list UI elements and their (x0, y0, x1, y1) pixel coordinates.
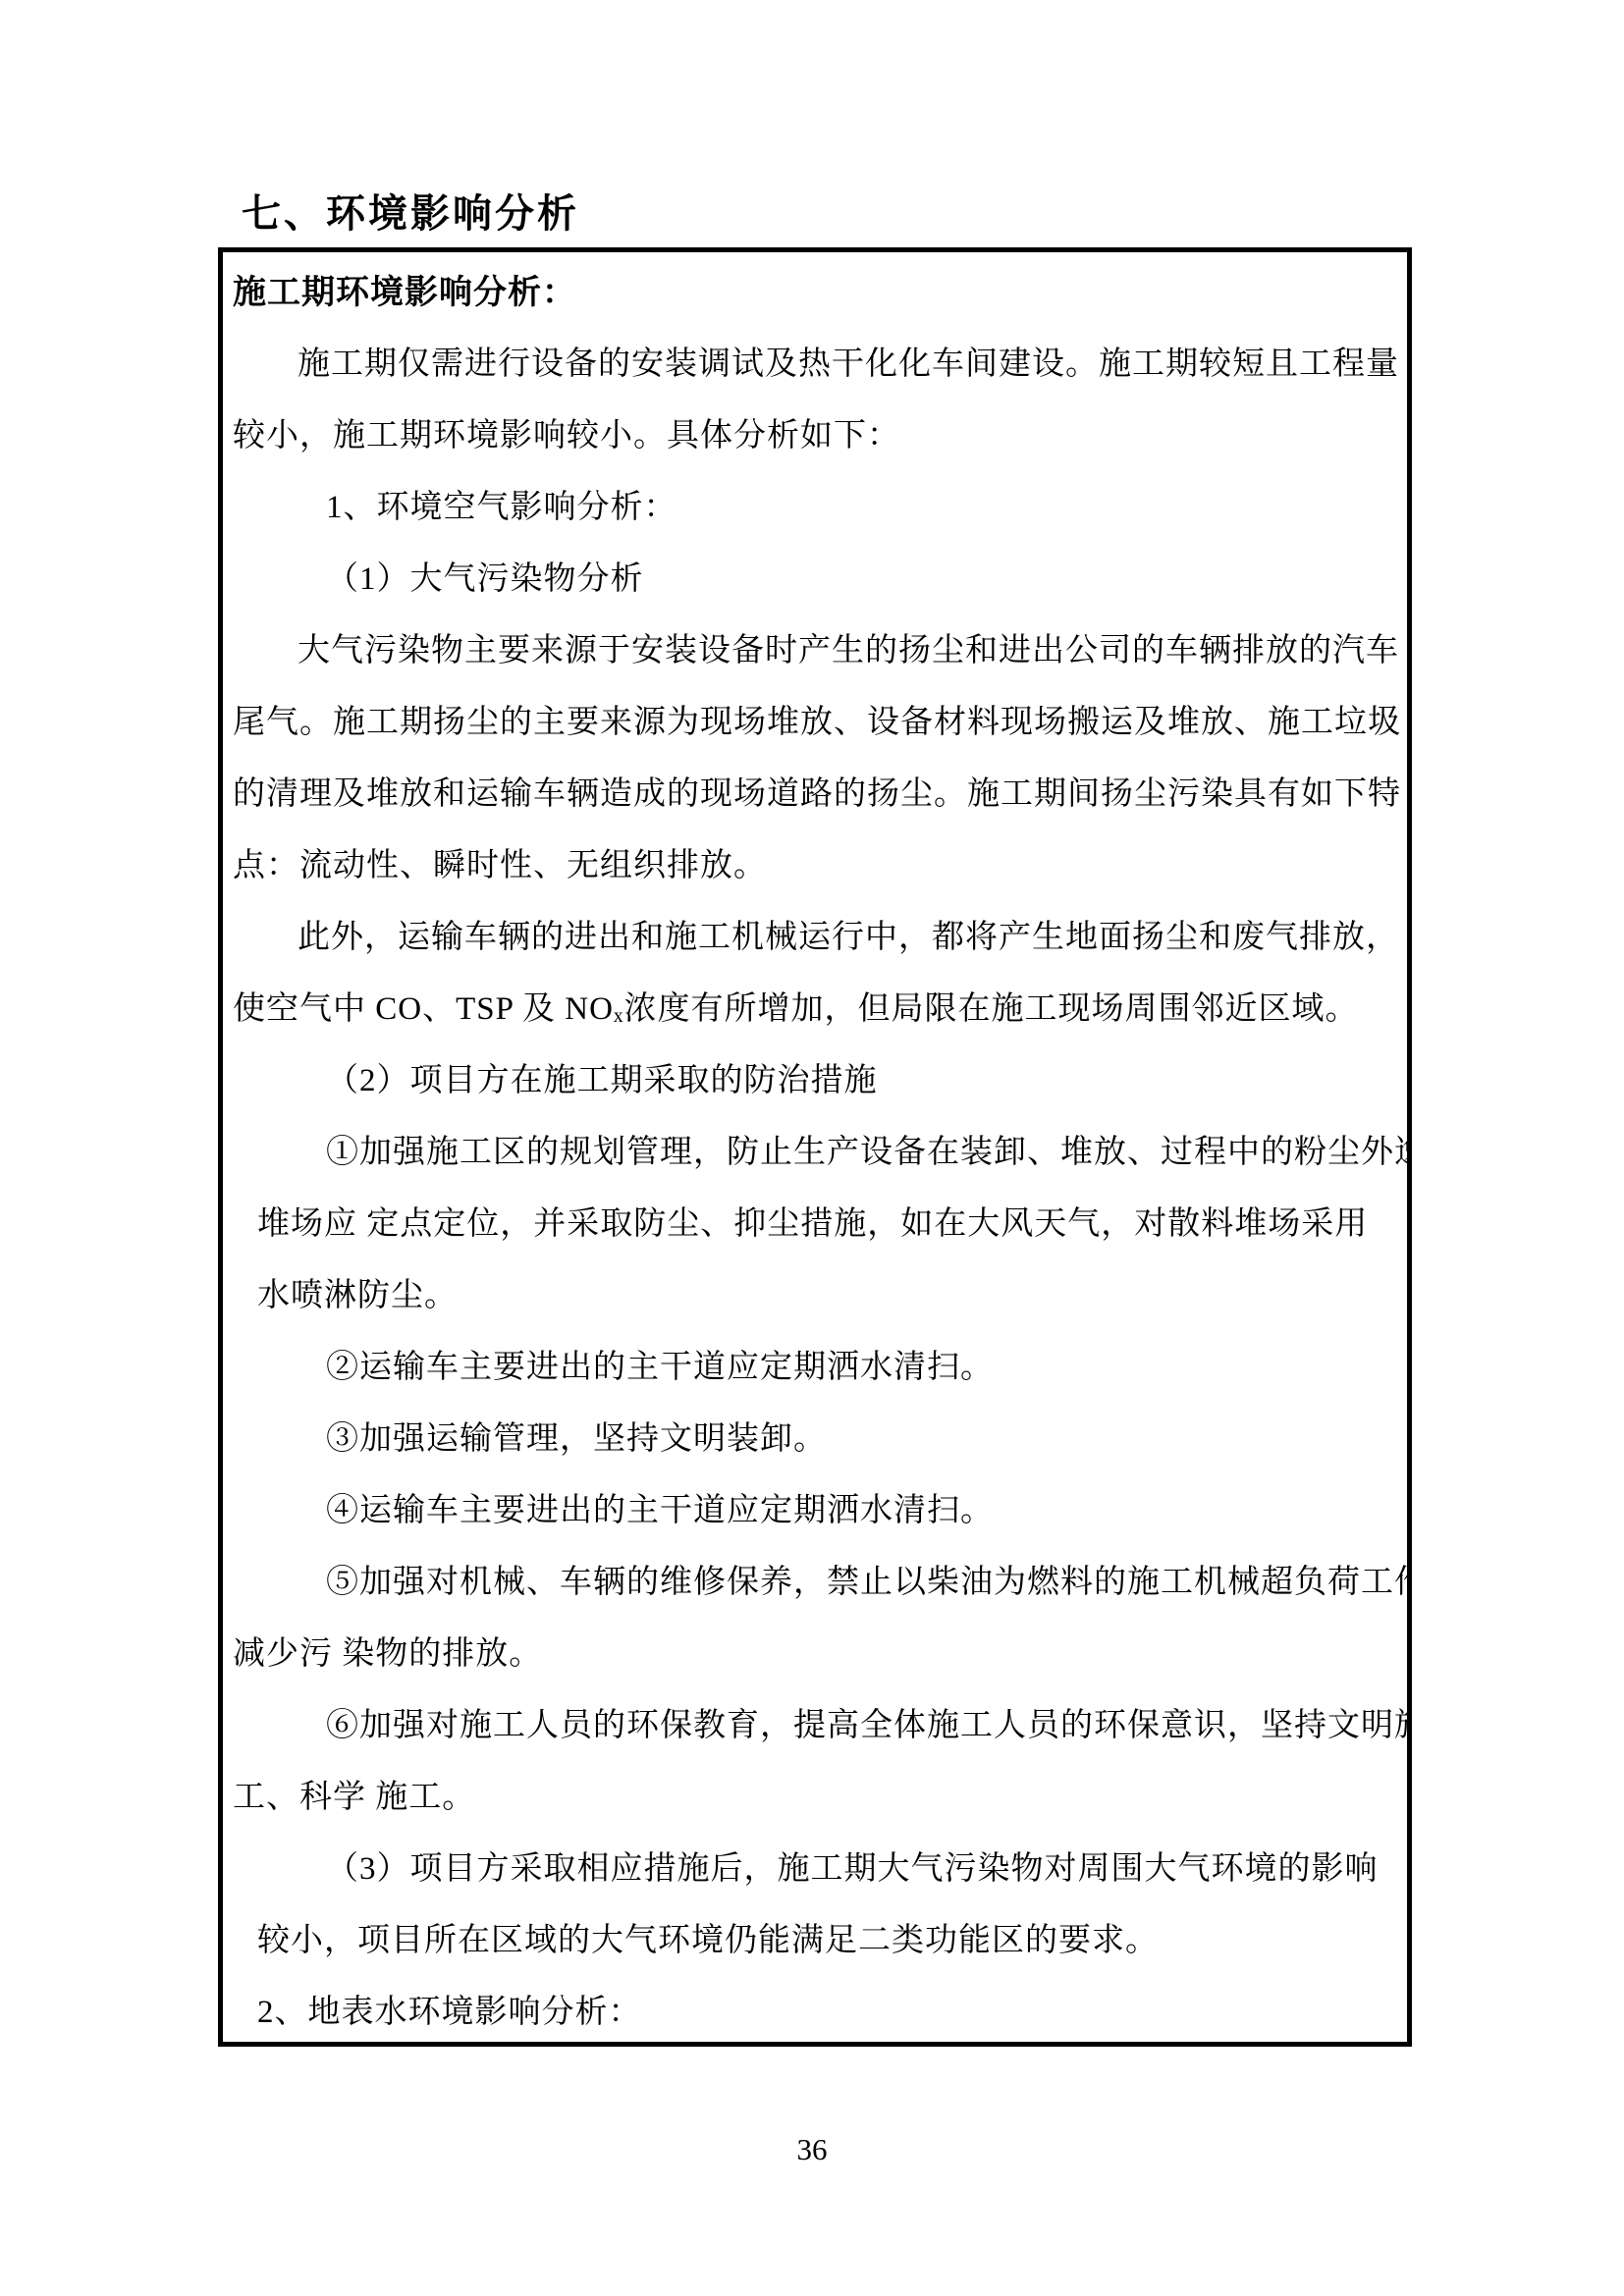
text-line: ①加强施工区的规划管理，防止生产设备在装卸、堆放、过程中的粉尘外逸。 (233, 1117, 1399, 1189)
text-line: （1）大气污染物分析 (233, 544, 1399, 615)
text-line: 堆场应 定点定位，并采取防尘、抑尘措施，如在大风天气，对散料堆场采用 (233, 1189, 1399, 1260)
text-line: ⑤加强对机械、车辆的维修保养，禁止以柴油为燃料的施工机械超负荷工作， (233, 1547, 1399, 1619)
text-line: ③加强运输管理，坚持文明装卸。 (233, 1404, 1399, 1475)
text-line: 点：流动性、瞬时性、无组织排放。 (233, 830, 1399, 902)
text-line: 1、环境空气影响分析： (233, 472, 1399, 544)
section-title: 七、环境影响分析 (242, 183, 579, 239)
text-line: 施工期仅需进行设备的安装调试及热干化化车间建设。施工期较短且工程量 (233, 329, 1399, 400)
text-line: 较小，项目所在区域的大气环境仍能满足二类功能区的要求。 (233, 1905, 1399, 1977)
text-line: 此外，运输车辆的进出和施工机械运行中，都将产生地面扬尘和废气排放， (233, 902, 1399, 974)
text-line: （2）项目方在施工期采取的防治措施 (233, 1045, 1399, 1117)
text-line: ②运输车主要进出的主干道应定期洒水清扫。 (233, 1332, 1399, 1404)
text-line: ④运输车主要进出的主干道应定期洒水清扫。 (233, 1475, 1399, 1547)
text-line: 大气污染物主要来源于安装设备时产生的扬尘和进出公司的车辆排放的汽车 (233, 615, 1399, 687)
text-line: 减少污 染物的排放。 (233, 1619, 1399, 1690)
text-line: 2、地表水环境影响分析： (233, 1977, 1399, 2047)
text-line: 较小，施工期环境影响较小。具体分析如下： (233, 400, 1399, 472)
text-lines: 施工期环境影响分析：施工期仅需进行设备的安装调试及热干化化车间建设。施工期较短且… (233, 257, 1399, 2047)
page-number: 36 (0, 2132, 1624, 2167)
text-line: 工、科学 施工。 (233, 1762, 1399, 1834)
content-box: 施工期环境影响分析：施工期仅需进行设备的安装调试及热干化化车间建设。施工期较短且… (218, 247, 1412, 2047)
document-page: 七、环境影响分析 施工期环境影响分析：施工期仅需进行设备的安装调试及热干化化车间… (0, 0, 1624, 2296)
text-line: 的清理及堆放和运输车辆造成的现场道路的扬尘。施工期间扬尘污染具有如下特 (233, 759, 1399, 830)
text-line: 使空气中 CO、TSP 及 NOₓ浓度有所增加，但局限在施工现场周围邻近区域。 (233, 974, 1399, 1045)
text-line: 水喷淋防尘。 (233, 1260, 1399, 1332)
text-line: 尾气。施工期扬尘的主要来源为现场堆放、设备材料现场搬运及堆放、施工垃圾 (233, 687, 1399, 759)
text-line: 施工期环境影响分析： (233, 257, 1399, 329)
text-line: ⑥加强对施工人员的环保教育，提高全体施工人员的环保意识，坚持文明施 (233, 1690, 1399, 1762)
text-line: （3）项目方采取相应措施后，施工期大气污染物对周围大气环境的影响 (233, 1834, 1399, 1905)
